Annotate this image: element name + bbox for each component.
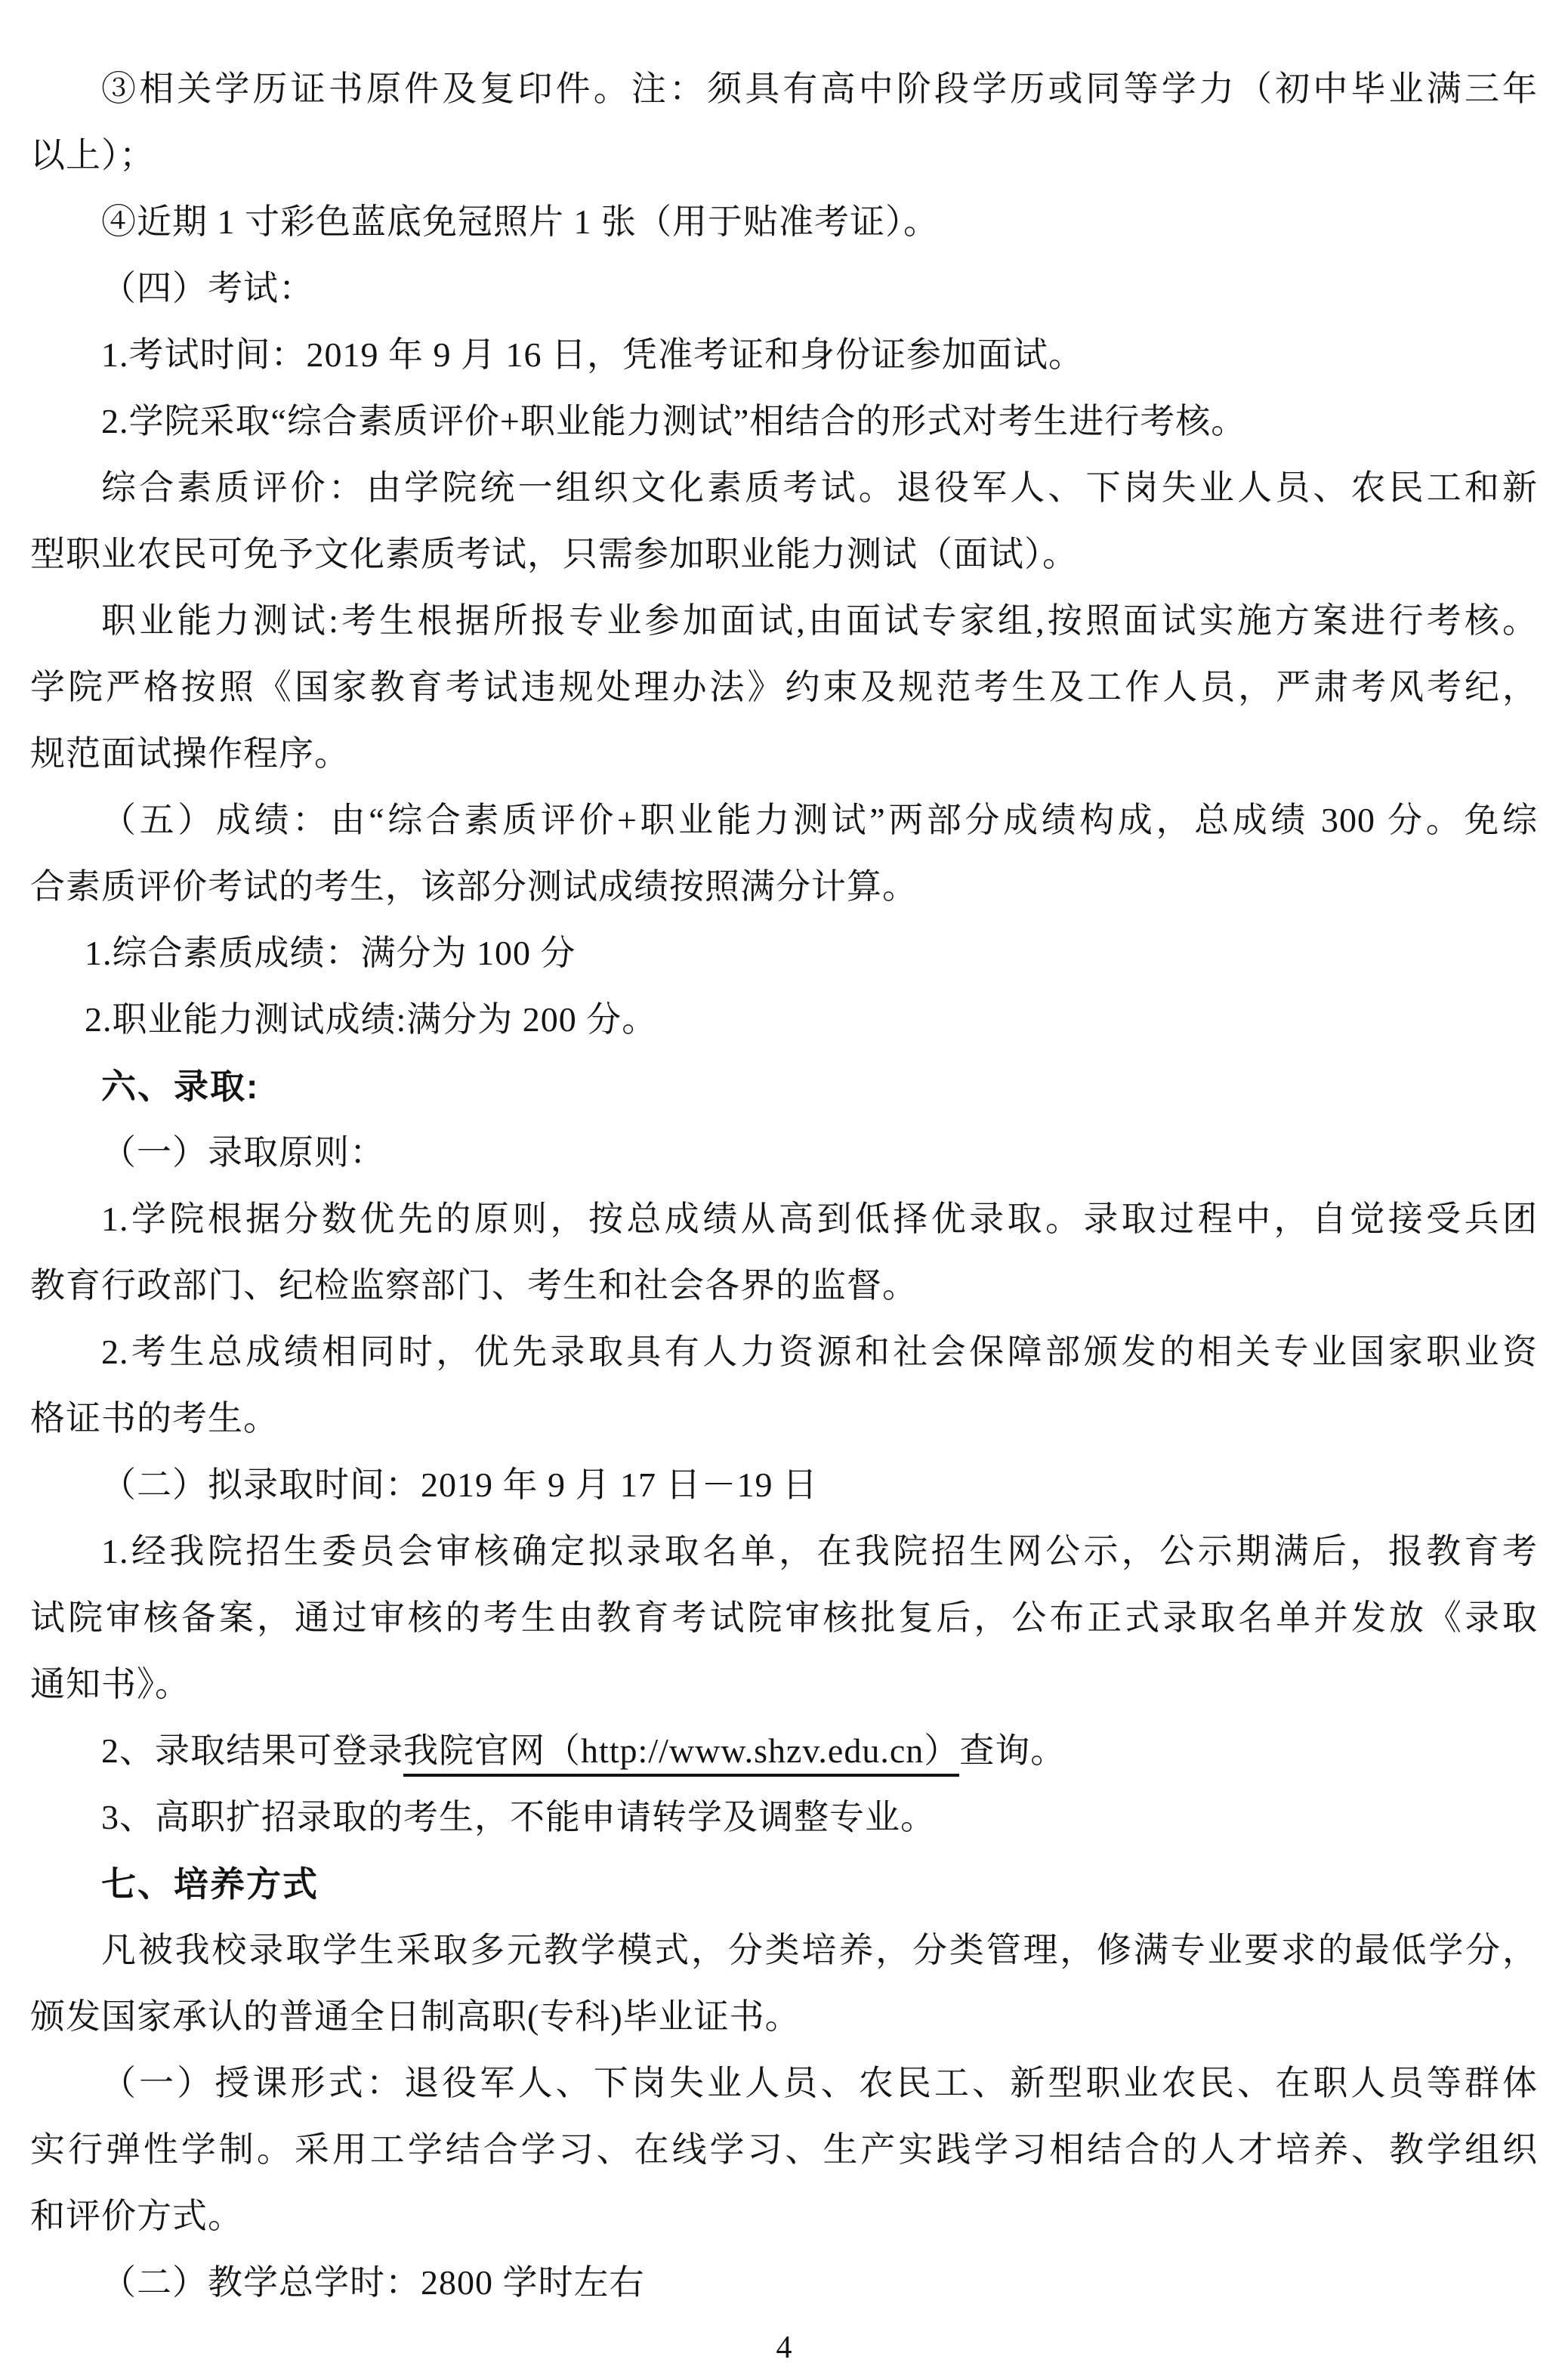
text-line: 和评价方式。 [30,2183,1538,2250]
text-line: ④近期 1 寸彩色蓝底免冠照片 1 张（用于贴准考证）。 [30,189,1538,255]
page-number: 4 [776,2330,792,2365]
official-website-link[interactable]: 我院官网（http://www.shzv.edu.cn） [403,1731,959,1777]
text-line: 试院审核备案，通过审核的考生由教育考试院审核批复后，公布正式录取名单并发放《录取 [30,1585,1538,1651]
text-line: ③相关学历证书原件及复印件。注：须具有高中阶段学历或同等学力（初中毕业满三年 [30,56,1538,122]
page-footer: 4 [30,2328,1538,2367]
section-heading: 七、培养方式 [30,1851,1538,1917]
text-line: 职业能力测试:考生根据所报专业参加面试,由面试专家组,按照面试实施方案进行考核。 [30,588,1538,654]
text-line: （五）成绩：由“综合素质评价+职业能力测试”两部分成绩构成，总成绩 300 分。… [30,787,1538,854]
text-line: 以上）； [30,122,1538,189]
text-line: （四）考试： [30,255,1538,322]
text-line: 规范面试操作程序。 [30,721,1538,787]
document-body: ③相关学历证书原件及复印件。注：须具有高中阶段学历或同等学力（初中毕业满三年以上… [30,56,1538,2316]
section-heading: 六、录取: [30,1053,1538,1120]
text-segment: 查询。 [959,1731,1066,1770]
text-line: 1.经我院招生委员会审核确定拟录取名单，在我院招生网公示，公示期满后，报教育考 [30,1518,1538,1585]
text-line: 学院严格按照《国家教育考试违规处理办法》约束及规范考生及工作人员，严肃考风考纪， [30,654,1538,721]
text-line: 合素质评价考试的考生，该部分测试成绩按照满分计算。 [30,854,1538,920]
text-line: （一）授课形式：退役军人、下岗失业人员、农民工、新型职业农民、在职人员等群体 [30,2050,1538,2117]
text-line: 2.职业能力测试成绩:满分为 200 分。 [30,987,1538,1053]
text-line: 型职业农民可免予文化素质考试，只需参加职业能力测试（面试）。 [30,521,1538,588]
text-line: 2.学院采取“综合素质评价+职业能力测试”相结合的形式对考生进行考核。 [30,388,1538,455]
text-line: 通知书》。 [30,1651,1538,1718]
text-line: 颁发国家承认的普通全日制高职(专科)毕业证书。 [30,1984,1538,2050]
text-line: 1.考试时间：2019 年 9 月 16 日，凭准考证和身份证参加面试。 [30,322,1538,388]
text-line: （一）录取原则： [30,1120,1538,1186]
text-line: 综合素质评价：由学院统一组织文化素质考试。退役军人、下岗失业人员、农民工和新 [30,455,1538,521]
text-line: 实行弹性学制。采用工学结合学习、在线学习、生产实践学习相结合的人才培养、教学组织 [30,2117,1538,2183]
text-line: 教育行政部门、纪检监察部门、考生和社会各界的监督。 [30,1252,1538,1319]
text-line: 1.学院根据分数优先的原则，按总成绩从高到低择优录取。录取过程中，自觉接受兵团 [30,1186,1538,1252]
text-line: （二）教学总学时：2800 学时左右 [30,2250,1538,2316]
text-line: 凡被我校录取学生采取多元教学模式，分类培养，分类管理，修满专业要求的最低学分， [30,1917,1538,1984]
text-segment: 2、录取结果可登录 [101,1731,403,1770]
text-line: 3、高职扩招录取的考生，不能申请转学及调整专业。 [30,1784,1538,1851]
document-page: ③相关学历证书原件及复印件。注：须具有高中阶段学历或同等学力（初中毕业满三年以上… [0,0,1568,2375]
text-line: 2.考生总成绩相同时，优先录取具有人力资源和社会保障部颁发的相关专业国家职业资 [30,1319,1538,1385]
text-line: （二）拟录取时间：2019 年 9 月 17 日－19 日 [30,1452,1538,1518]
text-line: 2、录取结果可登录我院官网（http://www.shzv.edu.cn）查询。 [30,1718,1538,1784]
text-line: 格证书的考生。 [30,1385,1538,1452]
text-line: 1.综合素质成绩：满分为 100 分 [30,920,1538,987]
